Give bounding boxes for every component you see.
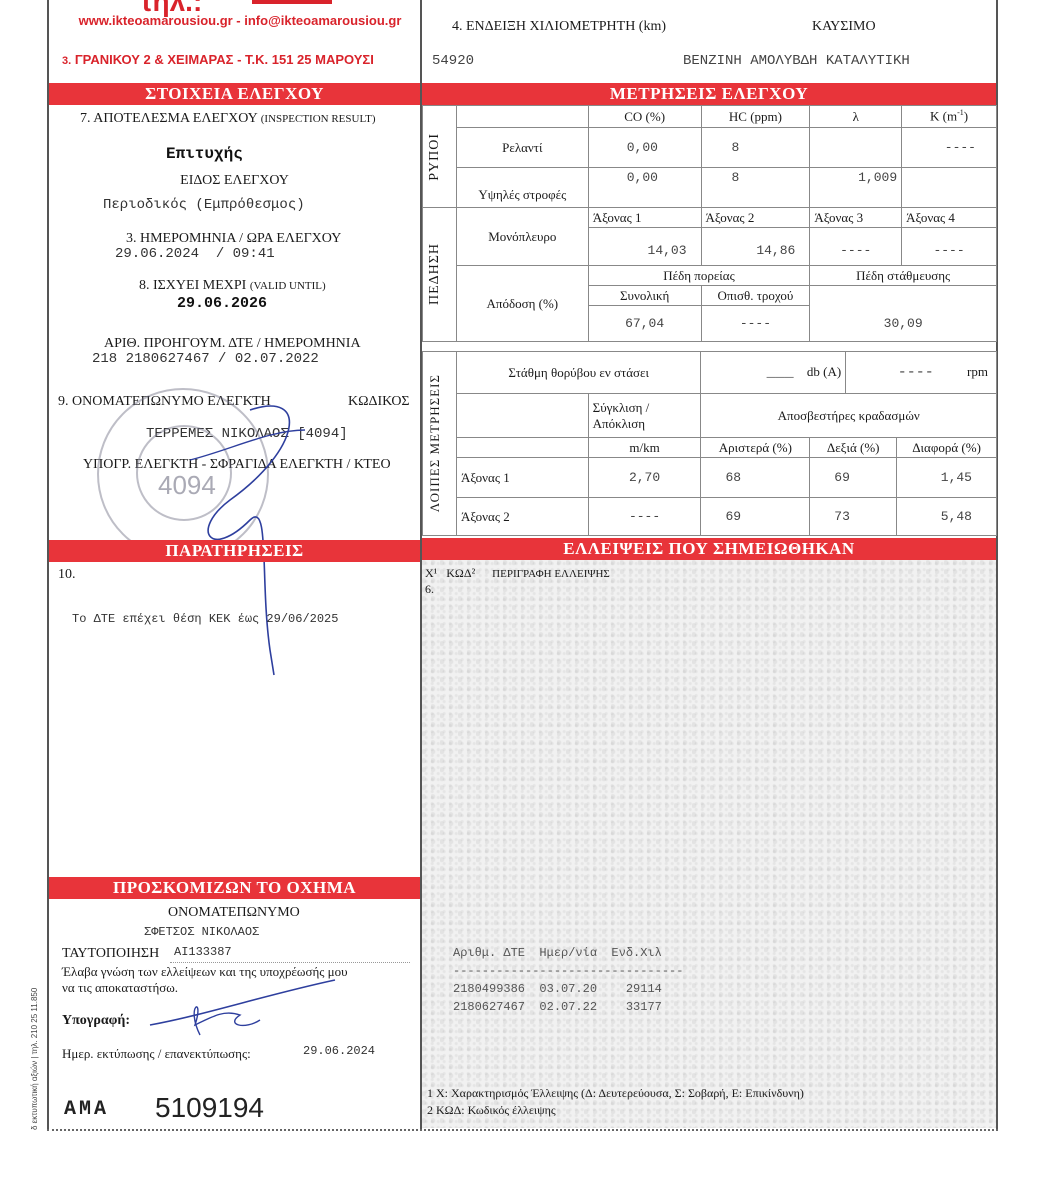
address-line: 3. ΓΡΑΝΙΚΟΥ 2 & ΧΕΙΜΑΡΑΣ - Τ.Κ. 151 25 Μ… bbox=[62, 52, 374, 67]
presenter-id-value: ΑΙ133387 bbox=[174, 945, 232, 959]
other-row-axle-2: Άξονας 2 ---- 69 73 5,48 bbox=[423, 498, 997, 536]
emissions-row-high-rpm: Υψηλές στροφές 0,00 8 1,009 bbox=[423, 168, 997, 208]
single-side-label: Μονόπλευρο bbox=[456, 208, 588, 266]
type-value: Περιοδικός (Εμπρόθεσμος) bbox=[103, 197, 305, 213]
presenter-signature-icon bbox=[145, 975, 345, 1045]
contact-line: www.ikteoamarousiou.gr - info@ikteoamaro… bbox=[60, 13, 420, 28]
efficiency-label: Απόδοση (%) bbox=[456, 266, 588, 342]
dte-history: Αριθμ. ΔΤΕ Ημερ/νία Ενδ.Χιλ ------------… bbox=[453, 944, 683, 1016]
valid-until-value: 29.06.2026 bbox=[177, 295, 267, 312]
ama-value: 5109194 bbox=[155, 1092, 264, 1124]
presenter-signature-label: Υπογραφή: bbox=[62, 1013, 130, 1029]
other-group-label: ΛΟΙΠΕΣ ΜΕΤΡΗΣΕΙΣ bbox=[423, 352, 457, 536]
footnote-2: 2 ΚΩΔ: Κωδικός έλλειψης bbox=[427, 1103, 556, 1118]
rear-wheel-label: Οπισθ. τροχού bbox=[701, 286, 810, 306]
address-number: 3. bbox=[62, 55, 71, 67]
history-row: 2180499386 03.07.20 29114 bbox=[453, 980, 683, 998]
rear-wheel-value: ---- bbox=[701, 306, 810, 342]
side-print: δ εκτυπωτική αξιών | τηλ. 210 25 11.850 bbox=[30, 950, 46, 1130]
inspector-code-label: ΚΩΔΙΚΟΣ bbox=[348, 394, 410, 410]
service-brake-label: Πέδη πορείας bbox=[588, 266, 810, 286]
alignment-label: Σύγκλιση / Απόκλιση bbox=[588, 394, 701, 438]
col-code-label: ΚΩΔ² bbox=[446, 566, 475, 580]
result-value: Επιτυχής bbox=[166, 145, 243, 163]
noise-value: ___ bbox=[767, 364, 794, 381]
inspection-details-bar: ΣΤΟΙΧΕΙΑ ΕΛΕΓΧΟΥ bbox=[49, 83, 420, 105]
shock-right-header: Δεξιά (%) bbox=[810, 438, 897, 458]
rpm-unit: rpm bbox=[967, 364, 988, 379]
col-description-label: ΠΕΡΙΓΡΑΦΗ ΕΛΛΕΙΨΗΣ bbox=[492, 568, 610, 580]
previous-dte-value: 218 2180627467 / 02.07.2022 bbox=[92, 351, 319, 367]
lambda-header: λ bbox=[810, 106, 902, 128]
type-label: ΕΙΔΟΣ ΕΛΕΓΧΟΥ bbox=[49, 173, 420, 189]
measurements-bar: ΜΕΤΡΗΣΕΙΣ ΕΛΕΓΧΟΥ bbox=[422, 83, 996, 105]
deficiencies-bar: ΕΛΛΕΙΨΕΙΣ ΠΟΥ ΣΗΜΕΙΩΘΗΚΑΝ bbox=[422, 538, 996, 560]
footnote-1: 1 Χ: Χαρακτηρισμός Έλλειψης (Δ: Δευτερεύ… bbox=[427, 1086, 804, 1101]
col-x-label: Χ¹ bbox=[425, 566, 437, 580]
shock-absorbers-label: Αποσβεστήρες κραδασμών bbox=[701, 394, 997, 438]
rpm-value: ---- bbox=[898, 364, 934, 381]
inspector-signature-icon bbox=[150, 390, 320, 680]
history-header: Αριθμ. ΔΤΕ Ημερ/νία Ενδ.Χιλ bbox=[453, 944, 683, 962]
valid-until-label: 8. ΙΣΧΥΕΙ ΜΕΧΡΙ (VALID UNTIL) bbox=[139, 278, 326, 294]
presenter-name-value: ΣΦΕΤΣΟΣ ΝΙΚΟΛΑΟΣ bbox=[144, 925, 259, 939]
axle-1-header: Άξονας 1 bbox=[588, 208, 701, 228]
fuel-label: ΚΑΥΣΙΜΟ bbox=[812, 19, 876, 35]
other-row-axle-1: Άξονας 1 2,70 68 69 1,45 bbox=[423, 458, 997, 498]
axle-3-header: Άξονας 3 bbox=[810, 208, 902, 228]
co-header: CO (%) bbox=[588, 106, 701, 128]
hc-header: HC (ppm) bbox=[701, 106, 810, 128]
previous-dte-label: ΑΡΙΘ. ΠΡΟΗΓΟΥΜ. ΔΤΕ / ΗΜΕΡΟΜΗΝΙΑ bbox=[104, 336, 361, 352]
axle-2-header: Άξονας 2 bbox=[701, 208, 810, 228]
datetime-value: 29.06.2024 / 09:41 bbox=[115, 246, 275, 262]
braking-group-label: ΠΕΔΗΣΗ bbox=[423, 208, 457, 342]
k-header: K (m-1) bbox=[902, 106, 997, 128]
noise-unit: db (A) bbox=[807, 364, 841, 379]
history-separator: -------------------------------- bbox=[453, 962, 683, 980]
deficiencies-number: 6. bbox=[425, 582, 434, 597]
emissions-braking-table: ΡΥΠΟΙ CO (%) HC (ppm) λ K (m-1) Ρελαντί … bbox=[422, 105, 997, 342]
phone-number-graphic bbox=[252, 0, 332, 4]
noise-value-cell: ___ db (A) bbox=[701, 352, 846, 394]
other-measurements-table: ΛΟΙΠΕΣ ΜΕΤΡΗΣΕΙΣ Στάθμη θορύβου εν στάσε… bbox=[422, 351, 997, 536]
fuel-value: ΒΕΝΖΙΝΗ ΑΜΟΛΥΒΔΗ ΚΑΤΑΛΥΤΙΚΗ bbox=[683, 53, 910, 69]
emissions-row-idle: Ρελαντί 0,00 8 ---- bbox=[423, 128, 997, 168]
history-row: 2180627467 02.07.22 33177 bbox=[453, 998, 683, 1016]
remarks-bar: ΠΑΡΑΤΗΡΗΣΕΙΣ bbox=[49, 540, 420, 562]
address-text: ΓΡΑΝΙΚΟΥ 2 & ΧΕΙΜΑΡΑΣ - Τ.Κ. 151 25 ΜΑΡΟ… bbox=[75, 52, 374, 67]
presenter-name-label: ΟΝΟΜΑΤΕΠΩΝΥΜΟ bbox=[168, 905, 300, 921]
deficiencies-area bbox=[422, 560, 996, 1128]
axle-4-header: Άξονας 4 bbox=[902, 208, 997, 228]
shock-left-header: Αριστερά (%) bbox=[701, 438, 810, 458]
frame-left-border bbox=[47, 0, 49, 1130]
presenter-id-underline bbox=[170, 962, 410, 963]
deficiencies-header: Χ¹ ΚΩΔ² ΠΕΡΙΓΡΑΦΗ ΕΛΛΕΙΨΗΣ bbox=[425, 566, 610, 581]
total-label: Συνολική bbox=[588, 286, 701, 306]
ama-label: ΑΜΑ bbox=[64, 1098, 109, 1121]
parking-brake-label: Πέδη στάθμευσης bbox=[810, 266, 997, 286]
rpm-cell: ---- rpm bbox=[846, 352, 997, 394]
odometer-label: 4. ΕΝΔΕΙΞΗ ΧΙΛΙΟΜΕΤΡΗΤΗ (km) bbox=[452, 19, 666, 35]
total-efficiency-value: 67,04 bbox=[588, 306, 701, 342]
datetime-label: 3. ΗΜΕΡΟΜΗΝΙΑ / ΩΡΑ ΕΛΕΓΧΟΥ bbox=[126, 231, 341, 247]
presenter-id-label: ΤΑΥΤΟΠΟΙΗΣΗ bbox=[62, 946, 159, 962]
noise-label: Στάθμη θορύβου εν στάσει bbox=[456, 352, 701, 394]
frame-bottom-border bbox=[47, 1129, 998, 1131]
alignment-unit: m/km bbox=[588, 438, 701, 458]
shock-diff-header: Διαφορά (%) bbox=[897, 438, 997, 458]
odometer-value: 54920 bbox=[432, 53, 474, 69]
presenter-bar: ΠΡΟΣΚΟΜΙΖΩΝ ΤΟ ΟΧΗΜΑ bbox=[49, 877, 420, 899]
print-date-label: Ημερ. εκτύπωσης / επανεκτύπωσης: bbox=[62, 1046, 251, 1062]
remarks-number: 10. bbox=[58, 567, 76, 583]
emissions-group-label: ΡΥΠΟΙ bbox=[423, 106, 457, 208]
remarks-text: Το ΔΤΕ επέχει θέση ΚΕΚ έως 29/06/2025 bbox=[72, 612, 338, 626]
parking-brake-value: 30,09 bbox=[810, 286, 997, 342]
print-date-value: 29.06.2024 bbox=[303, 1044, 375, 1058]
result-label: 7. ΑΠΟΤΕΛΕΣΜΑ ΕΛΕΓΧΟΥ (INSPECTION RESULT… bbox=[80, 111, 376, 127]
